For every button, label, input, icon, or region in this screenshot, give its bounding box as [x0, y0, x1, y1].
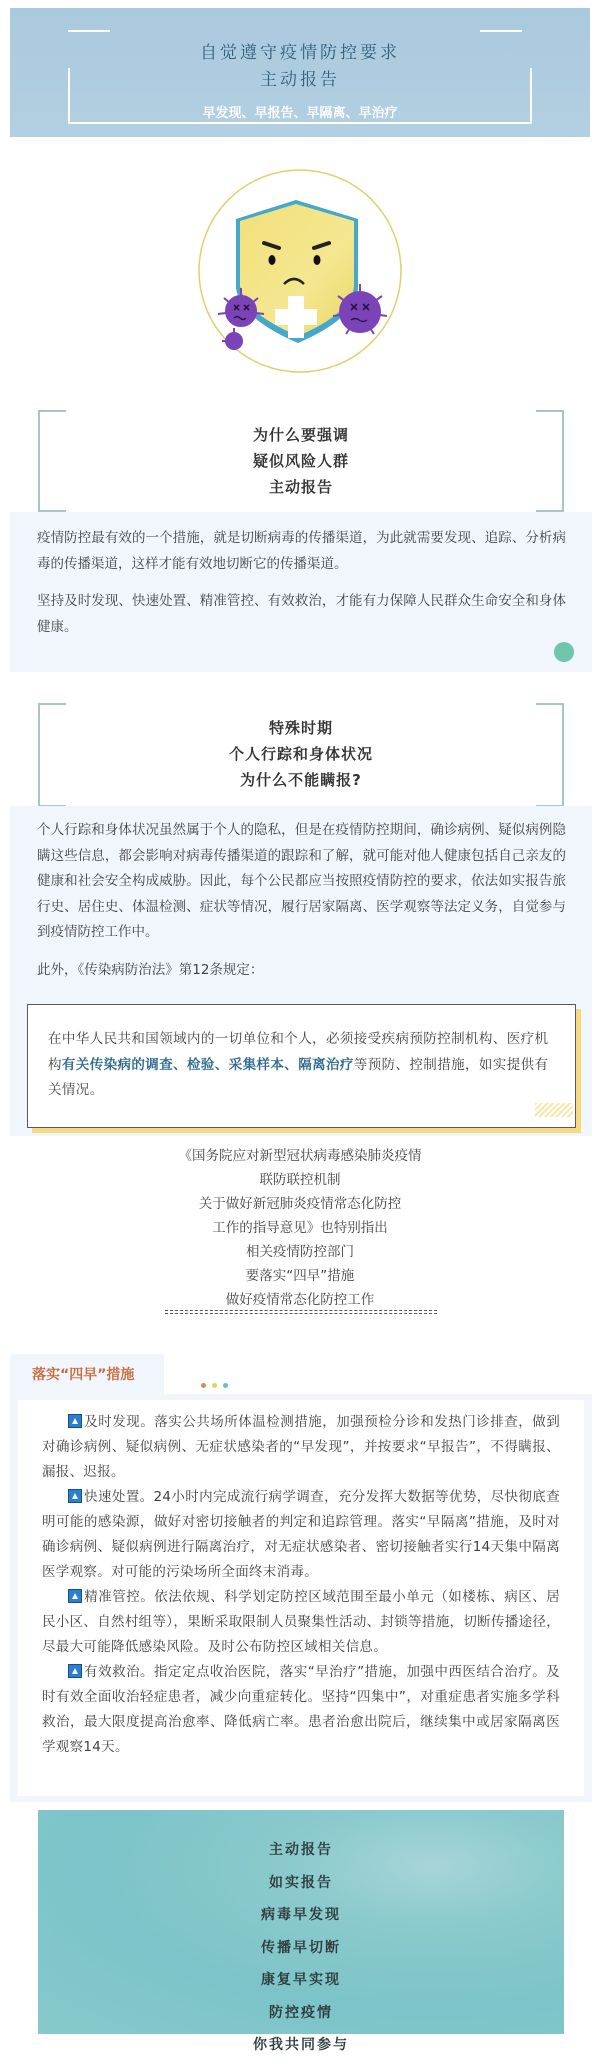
dot-icon [212, 1383, 217, 1388]
guidance-line: 做好疫情常态化防控工作 [0, 1288, 600, 1312]
decor-stripes [535, 1103, 573, 1117]
triangle-square-icon [68, 1589, 82, 1603]
triangle-square-icon [68, 1664, 82, 1678]
decor-line-left [68, 30, 110, 32]
shield-virus-icon [196, 168, 404, 374]
closing-banner: 主动报告 如实报告 病毒早发现 传播早切断 康复早实现 防控疫情 你我共同参与 [38, 1810, 564, 2034]
measure-text: 快速处置。24小时内完成流行病学调查，充分发挥大数据等优势，尽快彻底查明可能的感… [42, 1489, 560, 1580]
triangle-square-icon [68, 1489, 82, 1503]
dotted-divider [165, 1310, 437, 1314]
bracket-left [38, 410, 66, 512]
dot-icon [223, 1383, 228, 1388]
guidance-line: 要落实“四早”措施 [0, 1264, 600, 1288]
dots-decor [201, 1373, 234, 1392]
measure-item: 精准管控。依法依规、科学划定防控区域范围至最小单元（如楼栋、病区、居民小区、自然… [42, 1585, 560, 1660]
law-quote-box: 在中华人民共和国领域内的一切单位和个人，必须接受疾病预防控制机构、医疗机构有关传… [27, 1004, 576, 1128]
heading-line: 疑似风险人群 [38, 448, 564, 474]
bracket-right [536, 410, 564, 512]
dot-icon [201, 1383, 206, 1388]
closing-line: 如实报告 [38, 1867, 564, 1900]
closing-line: 传播早切断 [38, 1932, 564, 1965]
header-banner: 自觉遵守疫情防控要求 主动报告 早发现、早报告、早隔离、早治疗 [10, 8, 590, 137]
quote-highlight: 有关传染病的调查、检验、采集样本、隔离治疗 [62, 1057, 354, 1073]
closing-line: 主动报告 [38, 1834, 564, 1867]
guidance-line: 相关疫情防控部门 [0, 1240, 600, 1264]
paragraph: 坚持及时发现、快速处置、精准管控、有效救治，才能有力保障人民群众生命安全和身体健… [37, 589, 566, 640]
guidance-line: 联防联控机制 [0, 1168, 600, 1192]
measure-text: 精准管控。依法依规、科学划定防控区域范围至最小单元（如楼栋、病区、居民小区、自然… [42, 1589, 560, 1655]
heading-line: 为什么不能瞒报? [38, 767, 564, 793]
section1-panel: 疫情防控最有效的一个措施，就是切断病毒的传播渠道，为此就需要发现、追踪、分析病毒… [10, 512, 592, 672]
closing-line: 防控疫情 [38, 1997, 564, 2030]
measure-text: 及时发现。落实公共场所体温检测措施，加强预检分诊和发热门诊排查，做到对确诊病例、… [42, 1414, 560, 1480]
measures-tab: 落实“四早”措施 [10, 1354, 164, 1394]
quote-text: 在中华人民共和国领域内的一切单位和个人，必须接受疾病预防控制机构、医疗机构有关传… [48, 1027, 555, 1104]
heading-line: 为什么要强调 [38, 422, 564, 448]
heading-line: 个人行踪和身体状况 [38, 741, 564, 767]
section1-heading: 为什么要强调 疑似风险人群 主动报告 [38, 410, 564, 512]
bracket-left [38, 703, 66, 807]
paragraph: 疫情防控最有效的一个措施，就是切断病毒的传播渠道，为此就需要发现、追踪、分析病毒… [37, 526, 566, 577]
closing-line: 病毒早发现 [38, 1899, 564, 1932]
heading-line: 特殊时期 [38, 715, 564, 741]
heading-line: 主动报告 [38, 474, 564, 500]
paragraph: 个人行踪和身体状况虽然属于个人的隐私，但是在疫情防控期间，确诊病例、疑似病例隐瞒… [37, 818, 566, 946]
guidance-line: 工作的指导意见》也特别指出 [0, 1216, 600, 1240]
measure-item: 有效救治。指定定点收治医院，落实“早治疗”措施，加强中西医结合治疗。及时有效全面… [42, 1660, 560, 1760]
measures-panel: 及时发现。落实公共场所体温检测措施，加强预检分诊和发热门诊排查，做到对确诊病例、… [10, 1394, 592, 1802]
guidance-line: 关于做好新冠肺炎疫情常态化防控 [0, 1192, 600, 1216]
measure-item: 快速处置。24小时内完成流行病学调查，充分发挥大数据等优势，尽快彻底查明可能的感… [42, 1485, 560, 1585]
decor-line-right [480, 30, 522, 32]
banner-subtitle: 早发现、早报告、早隔离、早治疗 [10, 102, 590, 121]
section2-heading: 特殊时期 个人行踪和身体状况 为什么不能瞒报? [38, 703, 564, 807]
guidance-text: 《国务院应对新型冠状病毒感染肺炎疫情 联防联控机制 关于做好新冠肺炎疫情常态化防… [0, 1144, 600, 1312]
bracket-right [536, 703, 564, 807]
banner-title-line1: 自觉遵守疫情防控要求 [10, 38, 590, 63]
paragraph: 此外，《传染病防治法》第12条规定： [37, 958, 566, 984]
measure-text: 有效救治。指定定点收治医院，落实“早治疗”措施，加强中西医结合治疗。及时有效全面… [42, 1664, 560, 1755]
toggle-icon[interactable] [554, 642, 584, 662]
banner-title-line2: 主动报告 [10, 65, 590, 90]
guidance-line: 《国务院应对新型冠状病毒感染肺炎疫情 [0, 1144, 600, 1168]
closing-line: 康复早实现 [38, 1964, 564, 1997]
closing-line: 你我共同参与 [38, 2029, 564, 2062]
measures-tab-label: 落实“四早”措施 [32, 1364, 134, 1384]
measure-item: 及时发现。落实公共场所体温检测措施，加强预检分诊和发热门诊排查，做到对确诊病例、… [42, 1410, 560, 1485]
triangle-square-icon [68, 1414, 82, 1428]
